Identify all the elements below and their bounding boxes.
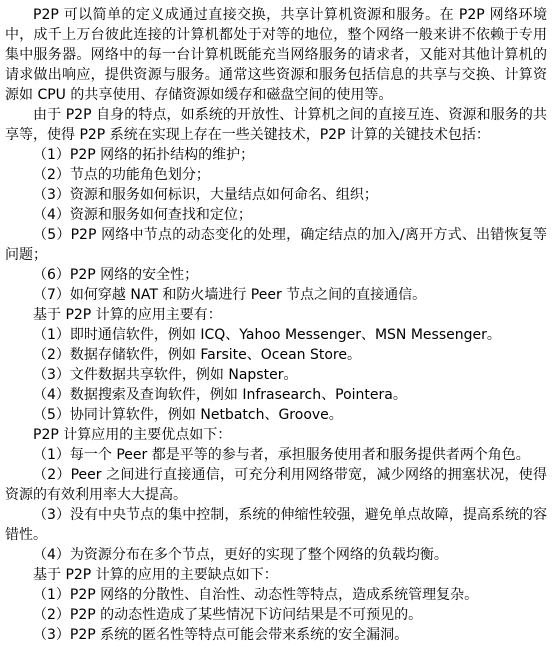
- paragraph-12: （2）数据存储软件，例如 Farsite、Ocean Store。: [5, 345, 547, 365]
- paragraph-11: （1）即时通信软件，例如 ICQ、Yahoo Messenger、MSN Mes…: [5, 325, 547, 345]
- paragraph-13: （3）文件数据共享软件，例如 Napster。: [5, 365, 547, 385]
- paragraph-16: P2P 计算应用的主要优点如下：: [5, 425, 547, 445]
- paragraph-4: （2）节点的功能角色划分；: [5, 165, 547, 185]
- paragraph-6: （4）资源和服务如何查找和定位；: [5, 205, 547, 225]
- document-body: P2P 可以简单的定义成通过直接交换，共享计算机资源和服务。在 P2P 网络环境…: [5, 5, 547, 645]
- paragraph-20: （4）为资源分布在多个节点，更好的实现了整个网络的负载均衡。: [5, 545, 547, 565]
- paragraph-15: （5）协同计算软件，例如 Netbatch、Groove。: [5, 405, 547, 425]
- paragraph-8: （6）P2P 网络的安全性；: [5, 265, 547, 285]
- paragraph-10: 基于 P2P 计算的应用主要有：: [5, 305, 547, 325]
- paragraph-5: （3）资源和服务如何标识，大量结点如何命名、组织；: [5, 185, 547, 205]
- paragraph-23: （2）P2P 的动态性造成了某些情况下访问结果是不可预见的。: [5, 605, 547, 625]
- paragraph-14: （4）数据搜索及查询软件，例如 Infrasearch、Pointera。: [5, 385, 547, 405]
- paragraph-18: （2）Peer 之间进行直接通信，可充分利用网络带宽，减少网络的拥塞状况，使得资…: [5, 465, 547, 505]
- paragraph-22: （1）P2P 网络的分散性、自治性、动态性等特点，造成系统管理复杂。: [5, 585, 547, 605]
- paragraph-3: （1）P2P 网络的拓扑结构的维护；: [5, 145, 547, 165]
- paragraph-2: 由于 P2P 自身的特点，如系统的开放性、计算机之间的直接互连、资源和服务的共享…: [5, 105, 547, 145]
- paragraph-1: P2P 可以简单的定义成通过直接交换，共享计算机资源和服务。在 P2P 网络环境…: [5, 5, 547, 105]
- paragraph-19: （3）没有中央节点的集中控制，系统的伸缩性较强，避免单点故障，提高系统的容错性。: [5, 505, 547, 545]
- paragraph-21: 基于 P2P 计算的应用的主要缺点如下：: [5, 565, 547, 585]
- paragraph-24: （3）P2P 系统的匿名性等特点可能会带来系统的安全漏洞。: [5, 625, 547, 645]
- document-page: P2P 可以简单的定义成通过直接交换，共享计算机资源和服务。在 P2P 网络环境…: [0, 0, 552, 646]
- paragraph-9: （7）如何穿越 NAT 和防火墙进行 Peer 节点之间的直接通信。: [5, 285, 547, 305]
- paragraph-7: （5）P2P 网络中节点的动态变化的处理，确定结点的加入/离开方式、出错恢复等问…: [5, 225, 547, 265]
- paragraph-17: （1）每一个 Peer 都是平等的参与者，承担服务使用者和服务提供者两个角色。: [5, 445, 547, 465]
